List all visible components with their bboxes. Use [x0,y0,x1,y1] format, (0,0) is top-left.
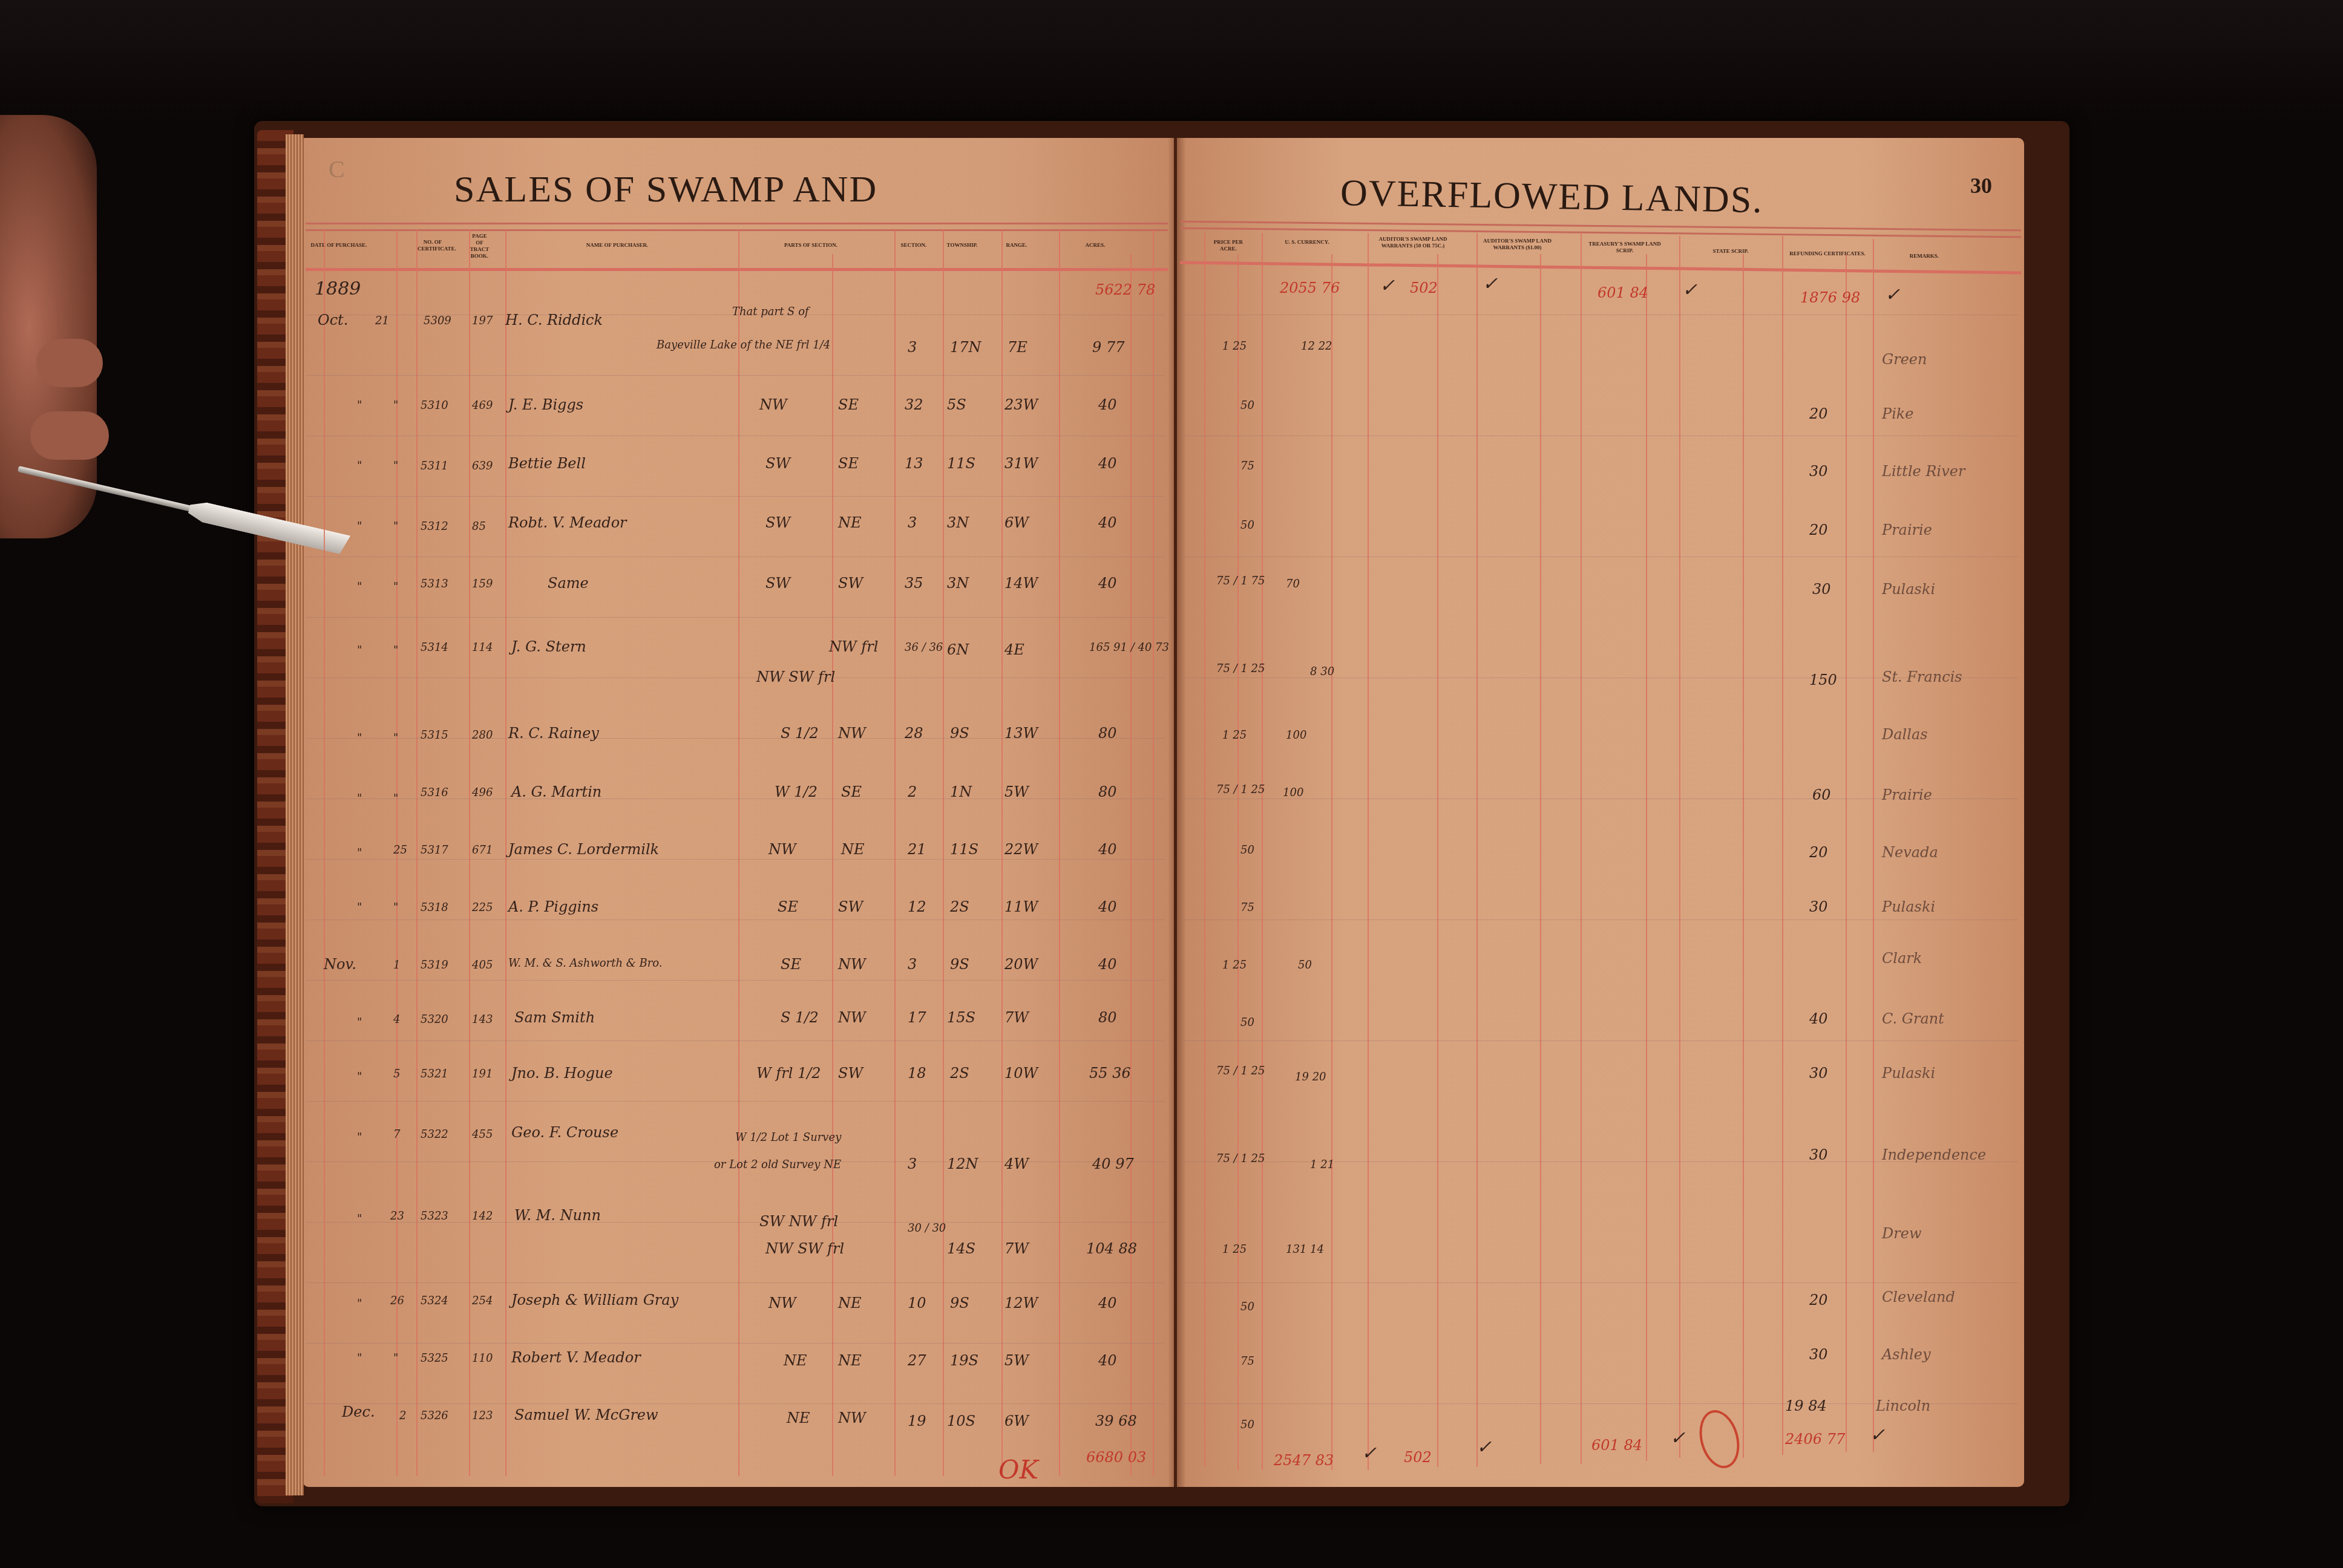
warrants-forward: 502 [1410,279,1438,296]
total-currency: 2547 83 [1274,1452,1334,1469]
col-header-name: Name of Purchaser. [532,242,702,249]
total-refunding: 2406 77 [1785,1431,1845,1448]
row-line [306,496,1165,497]
column-rule [1679,236,1680,1458]
col-header-state-scrip: State Scrip. [1694,248,1767,255]
page-title-right: OVERFLOWED LANDS. [1340,172,1763,222]
col-header-tract-page: Page of Tract Book. [469,233,490,260]
col-header-parts: Parts of Section. [744,242,877,249]
row-line [1183,1282,2018,1283]
col-header-warrants-50: Auditor's Swamp Land Warrants (50 or 75c… [1374,236,1452,249]
column-rule [1001,230,1003,1476]
row-line [1183,1040,2018,1041]
column-rule [738,230,739,1476]
check-mark: ✓ [1483,273,1498,295]
finger [36,339,103,387]
row-line [306,617,1165,618]
column-rule [505,230,506,1476]
col-header-refunding: Refunding Certificates. [1785,250,1870,257]
column-rule [943,230,944,1476]
treasury-forward: 601 84 [1597,284,1648,301]
check-mark: ✓ [1476,1437,1492,1458]
header-rule [306,223,1168,231]
year: 1889 [315,278,361,299]
check-mark: ✓ [1885,284,1900,305]
row-line [306,980,1165,981]
row-line [306,557,1165,557]
col-header-remarks: Remarks. [1888,253,1961,260]
col-header-cert: No. of Certificate. [418,239,448,252]
corner-mark: C [329,155,345,183]
header-rule [306,268,1168,271]
row-line [306,859,1165,860]
page-title-left: SALES OF SWAMP AND [454,168,877,211]
col-header-currency: U. S. Currency. [1271,239,1343,246]
column-rule [324,230,325,1476]
row-line [306,375,1165,376]
row-line [1183,436,2018,436]
column-rule [832,254,833,1476]
check-mark: ✓ [1380,275,1395,296]
column-rule [1846,254,1847,1452]
column-rule [1331,254,1332,1470]
column-rule [894,230,896,1476]
column-rule [1743,254,1744,1458]
row-line [306,1040,1165,1041]
row-line [306,920,1165,920]
column-rule [1368,233,1369,1470]
ok-mark: OK [998,1455,1038,1485]
col-header-acres: Acres. [1071,242,1119,249]
gutter [1168,138,1186,1487]
total-treasury: 601 84 [1591,1437,1642,1454]
col-header-section: Section. [896,242,932,249]
column-rule [1782,236,1783,1455]
column-rule [1237,254,1239,1470]
column-rule [416,230,418,1476]
column-rule [1153,230,1154,1476]
acres-forward: 5622 78 [1095,281,1155,298]
col-header-township: Township. [941,242,983,249]
column-rule [1873,239,1874,1452]
row-line [306,1282,1165,1283]
row-line [1183,315,2018,315]
check-mark: ✓ [1362,1443,1377,1464]
col-header-treasury-scrip: Treasury's Swamp Land Scrip. [1585,241,1664,254]
column-rule [1130,254,1132,1476]
row-line [306,1101,1165,1102]
currency-forward: 2055 76 [1280,279,1340,296]
col-header-warrants-100: Auditor's Swamp Land Warrants ($1.00) [1480,238,1555,251]
row-line [306,1403,1165,1404]
column-rule [1581,233,1582,1464]
page-number: 30 [1970,173,1992,198]
row-line [1183,557,2018,557]
refunding-forward: 1876 98 [1800,289,1860,306]
page-stack [286,134,304,1495]
column-rule [1262,233,1263,1470]
col-header-range: Range. [998,242,1035,249]
column-rule [1204,233,1205,1467]
total-warrants: 502 [1404,1449,1432,1466]
finger [30,411,109,460]
row-line [306,1343,1165,1344]
row-line [306,436,1165,436]
column-rule [1059,230,1060,1476]
total-acres: 6680 03 [1086,1449,1146,1466]
column-rule [469,230,470,1476]
row-line [1183,920,2018,920]
background [0,0,2343,121]
check-mark: ✓ [1670,1428,1685,1449]
column-rule [1476,233,1478,1467]
check-mark: ✓ [1682,279,1697,301]
check-mark: ✓ [1870,1425,1885,1446]
row-line [306,678,1165,678]
col-header-date: Date of Purchase. [309,242,369,249]
col-header-price: Price Per Acre. [1213,239,1244,252]
